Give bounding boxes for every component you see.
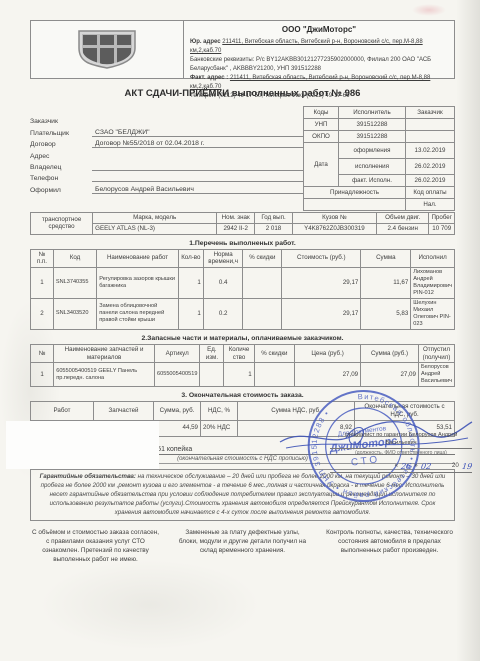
col-header: Сумма	[361, 249, 411, 268]
cell: 0.4	[203, 268, 243, 299]
note-parts-storage: Замененые за плату дефектные узлы, блоки…	[177, 528, 308, 565]
vehicle-engine: 2.4 бензин	[376, 223, 429, 234]
col-header: Код	[53, 249, 96, 268]
cell: 29,17	[282, 298, 361, 329]
company-name: ООО "ДжиМоторс"	[190, 24, 448, 36]
col-header: Артикул	[154, 344, 199, 363]
note-agreement: С объёмом и стоимостью заказа согласен, …	[30, 528, 161, 565]
quote-close: »	[414, 462, 417, 471]
col-header: Исполнитель	[339, 107, 406, 119]
note-quality-control: Контроль полноты, качества, технического…	[324, 528, 455, 565]
table-row: № п.п. Код Наименование работ Кол-во Нор…	[31, 249, 455, 268]
cell: 1	[31, 268, 54, 299]
signoff-block: специалист по гарантии Белорусов Андрей …	[330, 432, 472, 473]
ownership-label: Принадлежность	[304, 187, 406, 199]
year-prefix: 20	[452, 462, 459, 471]
col-header: Год вып.	[255, 213, 293, 224]
cell: 1	[224, 363, 254, 387]
cell	[406, 119, 455, 131]
codes-table: КодыИсполнительЗаказчик УНП391512288 ОКП…	[303, 106, 455, 211]
col-header: Ном. знак	[217, 213, 255, 224]
unp-label: УНП	[304, 119, 339, 131]
field-contract: ДоговорДоговор №55/2018 от 02.04.2018 г.	[30, 137, 303, 148]
col-header: Объем двиг.	[376, 213, 429, 224]
scan-edge-shading	[456, 0, 480, 661]
parts-table: № Наименование запчастей и материалов Ар…	[30, 344, 455, 387]
payment-code-value: Нал.	[406, 199, 455, 211]
col-header: №	[31, 344, 54, 363]
cell: 2	[31, 298, 54, 329]
col-header: Кол-во	[178, 249, 203, 268]
date-fact-label: факт. Исполн.	[339, 175, 406, 187]
cell: SNL3740355	[53, 268, 96, 299]
vehicle-table: транспортное средство Марка, модель Ном.…	[30, 212, 455, 235]
col-header: № п.п.	[31, 249, 54, 268]
col-header: Наименование запчастей и материалов	[54, 344, 155, 363]
field-payer: ПлательщикСЗАО "БЕЛДЖИ"	[30, 125, 303, 136]
cell: Шелухин Михаил Олегович PIN-023	[411, 298, 455, 329]
col-header: Сумма (руб.)	[361, 344, 419, 363]
field-phone: Телефон	[30, 171, 303, 182]
col-header: Количе ство	[224, 344, 254, 363]
cell: 11,67	[361, 268, 411, 299]
field-customer: Заказчик	[30, 114, 303, 125]
okpo-label: ОКПО	[304, 131, 339, 143]
cell: Замена облицовочной панели салона передн…	[97, 298, 179, 329]
table-row: ОКПО391512288	[304, 131, 455, 143]
cell: Лихоманов Андрей Владимирович PIN-012	[411, 268, 455, 299]
cell: Белорусов Андрей Васильевич	[418, 363, 454, 387]
table-row: Датаоформления13.02.2019	[304, 143, 455, 159]
cell: 1	[178, 268, 203, 299]
table-row: 2 SNL3403520 Замена облицовочной панели …	[31, 298, 455, 329]
vehicle-year: 2 018	[255, 223, 293, 234]
cell: 27,09	[295, 363, 361, 387]
col-header: Отпустил (получил)	[418, 344, 454, 363]
bank-details-line: Банковские реквизиты: Р/с BY12AKBB301212…	[190, 56, 448, 74]
cell: 1	[31, 363, 54, 387]
col-header: Наименование работ	[97, 249, 179, 268]
date-day-handwritten: 26	[400, 462, 411, 471]
geely-logo-icon	[74, 28, 140, 72]
company-info: ООО "ДжиМоторс" Юр. адрес 211411, Витебс…	[184, 21, 454, 78]
col-header: Заказчик	[406, 107, 455, 119]
cell: SNL3403520	[53, 298, 96, 329]
vehicle-mileage: 10 709	[429, 223, 455, 234]
col-header: Стоимость (руб.)	[282, 249, 361, 268]
unp-value: 391512288	[339, 119, 406, 131]
col-header: Работ	[31, 402, 94, 421]
cell	[200, 363, 224, 387]
col-header: Марка, модель	[93, 213, 217, 224]
col-header: НДС, %	[201, 402, 238, 421]
col-header: Кузов №	[292, 213, 376, 224]
cell: 0.2	[203, 298, 243, 329]
table-row: транспортное средство Марка, модель Ном.…	[31, 213, 455, 224]
col-header: % скидки	[254, 344, 294, 363]
cell	[243, 298, 282, 329]
scan-pink-mark	[412, 4, 446, 16]
signoff-caption: (должность, ФИО ответственного лица)	[330, 449, 472, 456]
date-year-handwritten: 19	[461, 462, 472, 471]
scan-blotch	[40, 560, 260, 650]
cell: 6055005400519	[154, 363, 199, 387]
field-address: Адрес	[30, 148, 303, 159]
table-row: 1 SNL3740355 Регулировка зазоров крышки …	[31, 268, 455, 299]
scan-erased-area	[6, 421, 159, 469]
parts-section-title: 2.Запасные части и материалы, оплачиваем…	[30, 335, 455, 342]
letterhead: ООО "ДжиМоторс" Юр. адрес 211411, Витебс…	[30, 20, 455, 79]
table-row: Нал.	[304, 199, 455, 211]
col-header: Ед. изм.	[200, 344, 224, 363]
cell: Регулировка зазоров крышки багажника	[97, 268, 179, 299]
cell: 5,83	[361, 298, 411, 329]
col-header: Исполнил	[411, 249, 455, 268]
vehicle-row-label: транспортное средство	[31, 213, 93, 235]
works-section-title: 1.Перечень выполненых работ.	[30, 240, 455, 247]
date-month-handwritten: 02	[420, 462, 431, 471]
date-exec-value: 26.02.2019	[406, 159, 455, 175]
cell: 29,17	[282, 268, 361, 299]
col-header: Запчастей	[94, 402, 154, 421]
date-exec-label: исполнения	[339, 159, 406, 175]
quote-open: «	[395, 462, 398, 471]
vehicle-plate: 2942 II-2	[217, 223, 255, 234]
cell	[254, 363, 294, 387]
col-header: Пробег	[429, 213, 455, 224]
col-header: Сумма, руб.	[154, 402, 201, 421]
vehicle-model: GEELY ATLAS (NL-3)	[93, 223, 217, 234]
cell	[406, 131, 455, 143]
footer-notes: С объёмом и стоимостью заказа согласен, …	[30, 528, 455, 565]
cell: 1	[178, 298, 203, 329]
okpo-value: 391512288	[339, 131, 406, 143]
table-row: КодыИсполнительЗаказчик	[304, 107, 455, 119]
field-owner: Владелец	[30, 160, 303, 171]
field-prepared-by: ОформилБелорусов Андрей Васильевич	[30, 182, 303, 193]
payment-code-label: Код оплаты	[406, 187, 455, 199]
works-table: № п.п. Код Наименование работ Кол-во Нор…	[30, 249, 455, 330]
date-fact-value: 26.02.2019	[406, 175, 455, 187]
col-header: Цена (руб.)	[295, 344, 361, 363]
cell	[304, 199, 406, 211]
warranty-lead: Гарантийные обязательства:	[40, 473, 136, 480]
vat-rate: 20% НДС	[201, 420, 238, 436]
client-fields: Заказчик ПлательщикСЗАО "БЕЛДЖИ" Договор…	[30, 106, 303, 194]
col-header: % скидки	[243, 249, 282, 268]
col-header: Коды	[304, 107, 339, 119]
signoff-role: специалист по гарантии Белорусов Андрей …	[330, 432, 472, 449]
table-row: ПринадлежностьКод оплаты	[304, 187, 455, 199]
signoff-date: « 26 » 02 20 19	[330, 462, 472, 473]
geely-logo	[31, 21, 184, 78]
table-row: УНП391512288	[304, 119, 455, 131]
vehicle-vin: Y4K8762Z0JB300319	[292, 223, 376, 234]
legal-address-line: Юр. адрес 211411, Витебская область, Вит…	[190, 38, 448, 56]
date-label: Дата	[304, 143, 339, 187]
cell	[243, 268, 282, 299]
col-header: Норма времени,ч	[203, 249, 243, 268]
cell: 6055005400519 GEELY Панель пр.передн. са…	[54, 363, 155, 387]
total-sum: 44,59	[154, 420, 201, 436]
date-issued-label: оформления	[339, 143, 406, 159]
date-issued-value: 13.02.2019	[406, 143, 455, 159]
table-row: № Наименование запчастей и материалов Ар…	[31, 344, 455, 363]
table-row: GEELY ATLAS (NL-3) 2942 II-2 2 018 Y4K87…	[31, 223, 455, 234]
